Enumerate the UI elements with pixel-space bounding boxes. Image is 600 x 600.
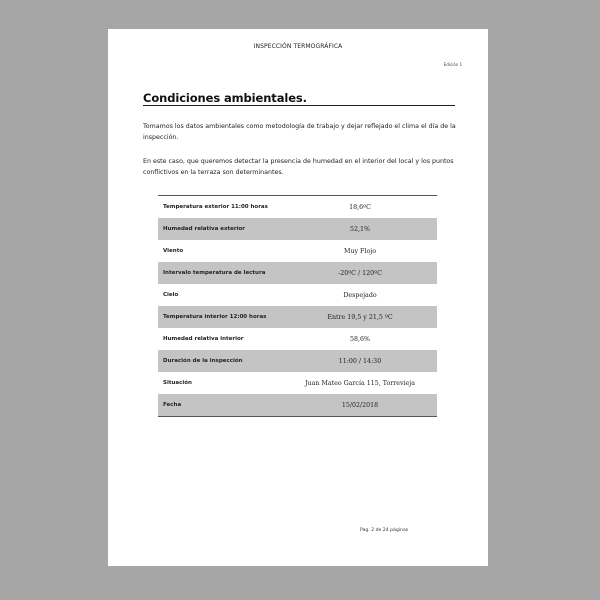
row-label: Humedad relativa interior xyxy=(158,328,283,350)
row-value: 18,6ºC xyxy=(283,196,437,219)
document-header-title: INSPECCIÓN TERMOGRÁFICA xyxy=(108,43,488,50)
row-value: Entre 19,5 y 21,5 ºC xyxy=(283,306,437,328)
row-value: -20ºC / 120ºC xyxy=(283,262,437,284)
row-value: Juan Mateo García 115, Torrevieja xyxy=(283,372,437,394)
row-label: Temperatura interior 12:00 horas xyxy=(158,306,283,328)
table-row: SituaciónJuan Mateo García 115, Torrevie… xyxy=(158,372,437,394)
row-value: 58,6% xyxy=(283,328,437,350)
table-row: Humedad relativa exterior52,1% xyxy=(158,218,437,240)
row-label: Humedad relativa exterior xyxy=(158,218,283,240)
table-row: Temperatura interior 12:00 horasEntre 19… xyxy=(158,306,437,328)
edition-label: Edición 1 xyxy=(444,62,462,67)
row-label: Cielo xyxy=(158,284,283,306)
intro-paragraph: Tomamos los datos ambientales como metod… xyxy=(143,122,461,143)
table-row: Temperatura exterior 11:00 horas18,6ºC xyxy=(158,196,437,219)
table-row: Humedad relativa interior58,6% xyxy=(158,328,437,350)
environmental-conditions-table: Temperatura exterior 11:00 horas18,6ºCHu… xyxy=(158,195,437,417)
table-row: Intervalo temperatura de lectura-20ºC / … xyxy=(158,262,437,284)
row-value: Despejado xyxy=(283,284,437,306)
row-label: Duración de la inspección xyxy=(158,350,283,372)
page-number-footer: Pag. 2 de 24 páginas xyxy=(360,528,408,533)
row-label: Situación xyxy=(158,372,283,394)
row-value: 11:00 / 14:30 xyxy=(283,350,437,372)
table-row: Duración de la inspección11:00 / 14:30 xyxy=(158,350,437,372)
row-label: Fecha xyxy=(158,394,283,417)
table-row: VientoMuy Flojo xyxy=(158,240,437,262)
table-row: CieloDespejado xyxy=(158,284,437,306)
row-label: Intervalo temperatura de lectura xyxy=(158,262,283,284)
section-title: Condiciones ambientales. xyxy=(143,92,455,106)
context-paragraph: En este caso, que queremos detectar la p… xyxy=(143,157,461,178)
row-value: 52,1% xyxy=(283,218,437,240)
row-label: Temperatura exterior 11:00 horas xyxy=(158,196,283,219)
document-page: INSPECCIÓN TERMOGRÁFICA Edición 1 Condic… xyxy=(108,29,488,566)
row-label: Viento xyxy=(158,240,283,262)
row-value: 15/02/2018 xyxy=(283,394,437,417)
row-value: Muy Flojo xyxy=(283,240,437,262)
table-row: Fecha15/02/2018 xyxy=(158,394,437,417)
